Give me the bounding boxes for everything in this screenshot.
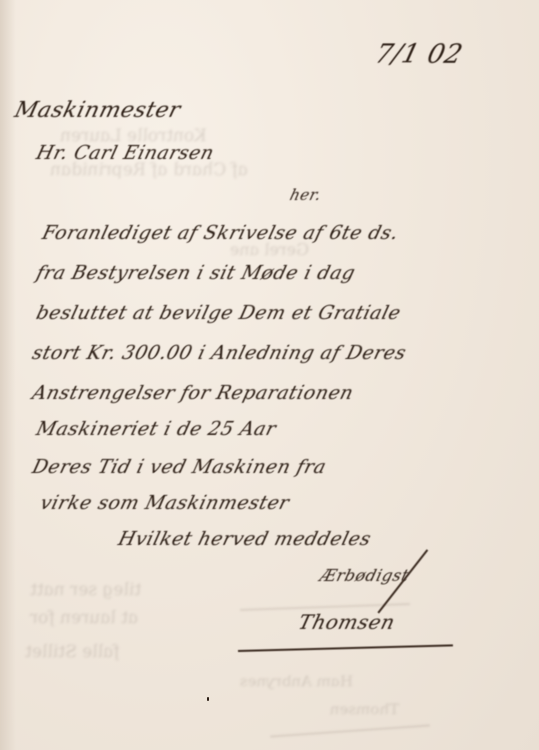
body-line-5: Anstrengelser for Reparationen (30, 382, 356, 404)
body-line-1: Foranlediget af Skrivelse af 6te ds. (40, 222, 401, 244)
location-abbrev: her. (288, 186, 323, 204)
bleed-through-stroke (270, 724, 430, 737)
bleed-through-text: at lauren for (28, 608, 140, 628)
scanned-letter-page: Kontrolle Lauren af Chard af Reprinidan … (0, 0, 539, 750)
closing-salutation: Ærbødigst (318, 566, 411, 585)
ink-speck (207, 697, 209, 701)
bleed-through-text: tileg ser natt (28, 580, 143, 600)
bleed-through-text: Thomsen (328, 700, 401, 718)
bleed-through-text: falle Stillet (23, 642, 122, 662)
body-line-9: Hvilket herved meddeles (116, 528, 374, 550)
body-line-4: stort Kr. 300.00 i Anledning af Deres (30, 342, 409, 364)
letter-date: 7/1 02 (372, 40, 466, 70)
body-line-7: Deres Tid i ved Maskinen fra (30, 456, 329, 478)
body-line-3: besluttet at bevilge Dem et Gratiale (34, 302, 403, 324)
recipient-name: Hr. Carl Einarsen (34, 142, 217, 164)
recipient-title: Maskinmester (12, 98, 183, 123)
body-line-2: fra Bestyrelsen i sit Møde i dag (34, 262, 358, 284)
body-line-6: Maskineriet i de 25 Aar (34, 418, 279, 440)
signature-underline (238, 644, 453, 652)
signature: Thomsen (296, 610, 398, 634)
body-line-8: virke som Maskinmester (38, 492, 292, 514)
bleed-through-text: Ham Anbrynes (238, 672, 355, 690)
